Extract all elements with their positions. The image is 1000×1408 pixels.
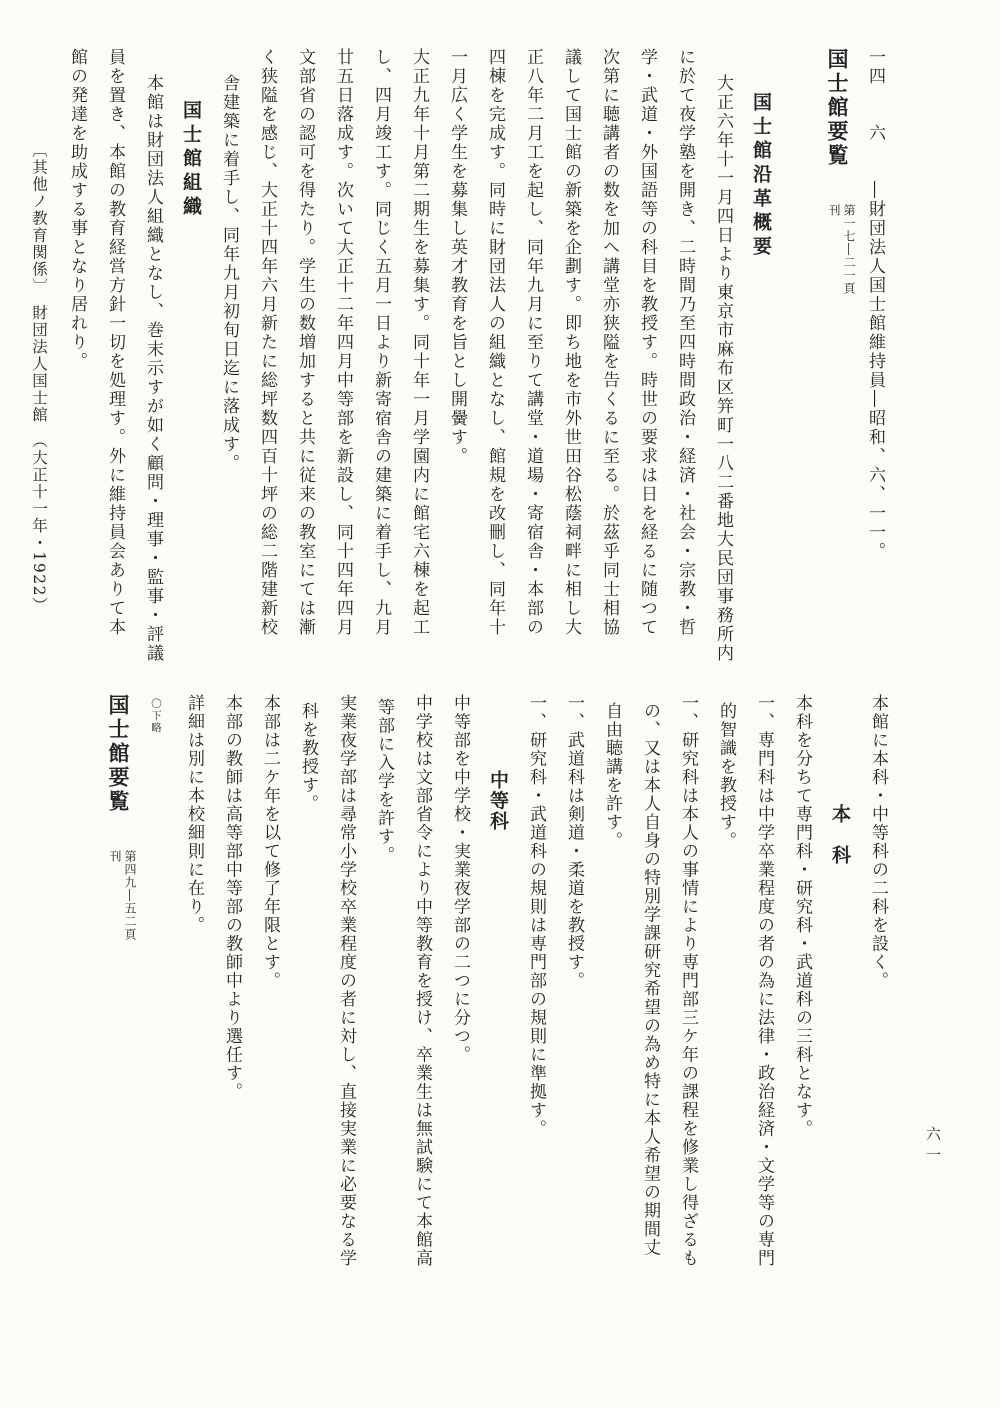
body-line: 文部省の認可を得たり。学生の数増加すると共に従来の教室にては漸: [286, 48, 324, 724]
pages-note: 刊第一七―二一頁: [827, 168, 856, 295]
body-line: 詳細は別に本校細則に在り。: [175, 694, 213, 1314]
body-line: 一、武道科は剣道・柔道を教授す。: [555, 694, 593, 1314]
body-line: 本科を分ちて専門科・研究科・武道科の三科となす。: [783, 694, 821, 1314]
pages-note-range: 第一七―二一頁: [842, 204, 856, 295]
intro-line: 本館に本科・中等科の二科を設く。: [859, 694, 897, 1314]
body-line: 四棟を完成す。同時に財団法人の組織となし、館規を改刪し、同年十: [476, 48, 514, 724]
body-line: 一月広く学生を募集し英才教育を旨とし開黌す。: [438, 48, 476, 724]
body-line: 実業夜学部は尋常小学校卒業程度の者に対し、直接実業に必要なる学: [327, 694, 365, 1314]
body-line: 自由聴講を許す。: [593, 694, 631, 1314]
body-line: 本部は二ケ年を以て修了年限とす。: [251, 694, 289, 1314]
entry-header-line: 一四 六 ―財団法人国士館維持員―昭和、六、一一。: [856, 48, 894, 724]
pages-note-2: 刊第四九―五二頁: [108, 814, 137, 941]
body-line: 舎建築に着手し、同年九月初旬日迄に落成す。: [210, 48, 248, 724]
body-line: 本部の教師は高等部中等部の教師中より選任す。: [213, 694, 251, 1314]
source-title-2: 国士館要覧: [106, 694, 131, 814]
body-line: く狭隘を感じ、大正十四年六月新たに総坪数四百十坪の総二階建新校: [248, 48, 286, 724]
source-title-column-2: 国士館要覧刊第四九―五二頁: [99, 694, 137, 1314]
pages-note-label: 刊: [827, 204, 841, 295]
body-line: 廿五日落成す。次いて大正十二年四月中等部を新設し、同十四年四月: [324, 48, 362, 724]
section-heading-soshiki: 国士館組織: [172, 48, 210, 724]
body-line: 等部に入学を許す。: [365, 694, 403, 1314]
body-line: 本館は財団法人組織となし、巻末示すが如く顧問・理事・監事・評議: [134, 48, 172, 724]
body-line: 中学校は文部省令により中等教育を授け、卒業生は無試験にて本館高: [403, 694, 441, 1314]
pages-note-2-label: 刊: [108, 850, 122, 941]
body-line: 次第に聴講者の数を加へ講堂亦狭隘を告くるに至る。於茲乎同士相協: [590, 48, 628, 724]
body-line: 大正六年十一月四日より東京市麻布区笄町一八二番地大民団事務所内: [704, 48, 742, 724]
body-line: 員を置き、本館の教育経営方針一切を処理す。外に維持員会ありて本: [96, 48, 134, 724]
attribution-line: 〔其他ノ教育関係〕 財団法人国士館 （大正十一年・1922）: [20, 48, 58, 724]
body-line: 中等部を中学校・実業夜学部の二つに分つ。: [441, 694, 479, 1314]
body-line: 学・武道・外国語等の科目を教授す。時世の要求は日を経るに随つて: [628, 48, 666, 724]
source-title: 国士館要覧: [825, 48, 850, 168]
abbrev-note: 〇下略: [137, 694, 175, 1314]
body-line: し、四月竣工す。同じく五月一日より新寄宿舎の建築に着手し、九月: [362, 48, 400, 724]
top-text-block: 一四 六 ―財団法人国士館維持員―昭和、六、一一。 国士館要覧刊第一七―二一頁 …: [20, 48, 894, 724]
body-line: 一、専門科は中学卒業程度の者の為に法律・政治経済・文学等の専門: [745, 694, 783, 1314]
body-line: 一、研究科・武道科の規則は専門部の規則に準拠す。: [517, 694, 555, 1314]
section-heading-enkaku: 国士館沿革概要: [742, 48, 780, 724]
section-heading-honka: 本 科: [821, 694, 859, 1314]
body-line: 議して国士館の新築を企劃す。即ち地を市外世田谷松蔭祠畔に相し大: [552, 48, 590, 724]
source-title-column: 国士館要覧刊第一七―二一頁: [818, 48, 856, 724]
document-page: 一四 六 ―財団法人国士館維持員―昭和、六、一一。 国士館要覧刊第一七―二一頁 …: [0, 0, 1000, 1408]
body-line: 館の発達を助成する事となり居れり。: [58, 48, 96, 724]
body-line: 的智識を教授す。: [707, 694, 745, 1314]
body-line: 正八年二月工を起し、同年九月に至りて講堂・道場・寄宿舎・本部の: [514, 48, 552, 724]
body-line: 一、研究科は本人の事情により専門部三ケ年の課程を修業し得ざるも: [669, 694, 707, 1314]
page-number: 六一: [923, 1126, 944, 1168]
section-heading-chutoka: 中等科: [479, 694, 517, 1314]
body-line: 大正九年十月第二期生を募集す。同十年一月学園内に館宅六棟を起工: [400, 48, 438, 724]
body-line: に於て夜学塾を開き、二時間乃至四時間政治・経済・社会・宗教・哲: [666, 48, 704, 724]
body-line: の、又は本人自身の特別学課研究希望の為め特に本人希望の期間丈: [631, 694, 669, 1314]
body-line: 科を教授す。: [289, 694, 327, 1314]
bottom-text-block: 本館に本科・中等科の二科を設く。 本 科 本科を分ちて専門科・研究科・武道科の三…: [99, 694, 897, 1314]
pages-note-2-range: 第四九―五二頁: [123, 850, 137, 941]
